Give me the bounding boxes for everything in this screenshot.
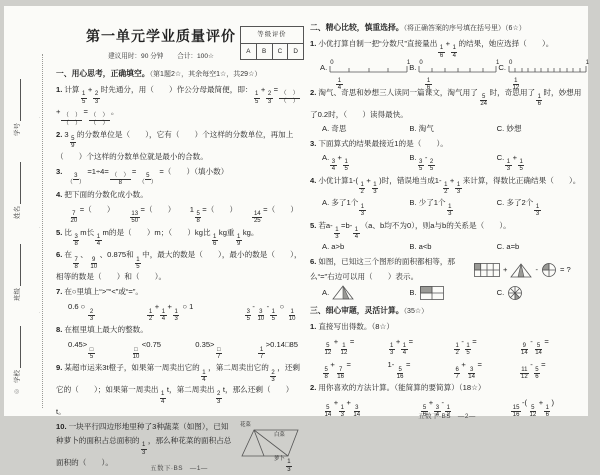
circle-quarters-figure	[541, 262, 557, 278]
expression: 1425=（ ）	[251, 203, 298, 225]
question-text: 若a-13=b-14（a、b均不为0），则a与b的关系是（ ）。	[318, 221, 510, 230]
choice-question-4: 4.小优计算1-(12+13)时，错误地当成1-12+13来计算，得数比正确结果…	[310, 174, 584, 218]
expression: □10<0.75	[130, 338, 161, 360]
section-2-note: （将正确答案的序号填在括号里）（6☆）	[404, 25, 526, 32]
expression: 58+716=	[322, 358, 388, 380]
option-triangle-figure	[332, 285, 354, 300]
option-b-rectangle: B.	[409, 286, 496, 300]
options-row: A. 多了1个13 B. 少了1个13 C. 多了2个13	[310, 196, 584, 218]
question-1: 1.计算15+23时先通分，用（ ）作公分母最简便，即：15+23=（ ）（ ）…	[56, 83, 302, 127]
question-number: 4.	[310, 176, 316, 185]
question-note: （能简算的要简算）（18☆）	[394, 383, 485, 392]
expression: 158=（ ）	[190, 203, 237, 225]
option-a: A. 多了1个13	[322, 196, 409, 218]
options-row: A. 奇思 B. 淘气 C. 妙想	[310, 122, 584, 136]
ruler-option-b: B. 0 1 16	[409, 61, 498, 83]
paper-subtitle: 建议用时：90 分钟 合计：100☆	[66, 51, 256, 63]
question-text: 比38m长14m的是（ ）m；（ ）kg比16kg重19kg。	[64, 228, 258, 237]
ruler-option-c: C. 0 1 112	[498, 61, 588, 83]
section-3-heading: 三、细心审题，灵活计算。（35☆）	[310, 304, 584, 319]
ruler-option-a: A. 0 1 14	[320, 61, 409, 83]
question-number: 6.	[56, 250, 62, 259]
question-text: 淘气、奇思和妙想三人读同一篇课文，淘气用了524时，奇思用了16时，妙想用了0.…	[310, 88, 581, 119]
section-1-title: 一、用心思考，正确填空。	[56, 69, 150, 78]
question-8: 8.在框里填上最大的整数。 0.45>□5 □10<0.75 0.35>□7 1…	[56, 323, 302, 360]
expression: 0.45>□5	[68, 338, 96, 360]
question-text: 359的分数单位是（ ），它有（ ）个这样的分数单位，再加上（ ）个这样的分数单…	[56, 130, 293, 161]
question-number: 2.	[310, 88, 316, 97]
expression: 12-15=	[453, 335, 519, 357]
expression: 0.6 ○ 23	[68, 300, 96, 322]
minus-sign: -	[535, 263, 538, 277]
margin-label-text: 学号	[12, 123, 21, 136]
fraction-ruler-twelfths: 0 1 112	[508, 61, 588, 83]
option-letter: B.	[409, 61, 416, 75]
question-text: 3（ ）=1÷4=（ ）8=5（ ）=（ ）（填小数）	[64, 167, 228, 176]
question-text: 用你喜欢的方法计算。	[318, 383, 394, 392]
expression: 720=（ ）	[68, 203, 115, 225]
expression: 914-514=	[519, 335, 585, 357]
option-letter: A.	[320, 61, 327, 75]
options-row: A.34+15 B.35-25 C.13+15	[310, 151, 584, 173]
choice-question-1: 1.小优打算自制一把“分数尺”直接量出16+14的结果，她应选择（ ）。 A. …	[310, 37, 584, 85]
ruler-options-row: A. 0 1 14 B. 0 1 16	[310, 59, 584, 85]
question-5: 5.比38m长14m的是（ ）m；（ ）kg比16kg重19kg。	[56, 226, 302, 248]
option-circle-figure	[507, 285, 523, 301]
option-c: C. 多了2个13	[497, 196, 584, 218]
question-number: 1.	[310, 39, 316, 48]
exam-paper: 学号 姓名 班级 学校 · · · ◎ 等级评价 A B C D 第一单元学业质…	[4, 6, 588, 416]
seal-mark: ·	[39, 226, 40, 230]
expression: 35-310-15 ○ 110	[244, 300, 298, 322]
section-1-heading: 一、用心思考，正确填空。（第1题2☆，其余每空1☆，共29☆）	[56, 67, 302, 82]
section-2-heading: 二、精心比较，慎重选择。（将正确答案的序号填在括号里）（6☆）	[310, 21, 584, 36]
question-text: 小优计算1-(12+13)时，错误地当成1-12+13来计算，得数比正确结果（ …	[318, 176, 580, 185]
option-rectangle-figure	[420, 286, 444, 300]
write-line	[13, 79, 21, 121]
equal-area-figure-row: + - = ?	[474, 257, 584, 282]
expression: 512+112=	[322, 335, 388, 357]
direct-calc-grid: 512+112= 13+14= 12-15= 914-514= 58+716= …	[310, 335, 584, 381]
ruler-fraction-label: 16	[424, 70, 432, 92]
option-letter: C.	[497, 286, 505, 300]
options-row: A. a>b B. a<b C. a=b	[310, 240, 584, 254]
question-text: 把下面的分数化成小数。	[64, 190, 148, 199]
question-number: 2.	[56, 130, 62, 139]
question-text: 下面算式的结果最接近1的是（ ）。	[318, 139, 448, 148]
grade-cell-b: B	[256, 44, 272, 60]
suggested-time: 建议用时：90 分钟	[108, 53, 163, 60]
question-number: 4.	[56, 190, 62, 199]
margin-label-school: 学校	[11, 313, 21, 383]
question-text: 直接写出得数。	[318, 322, 371, 331]
equals-question: = ?	[560, 263, 571, 277]
option-a-triangle: A.	[322, 285, 409, 300]
question-number: 8.	[56, 325, 62, 334]
page-2-footer: 五数下·BS —2—	[310, 411, 584, 423]
expression: 0.35>□7	[195, 338, 223, 360]
compare-row: 0.6 ○ 23 12+14+13 ○ 1 35-310-15 ○ 110	[56, 300, 302, 322]
option-c: C. 妙想	[497, 122, 584, 136]
question-number: 2.	[310, 383, 316, 392]
section-2-title: 二、精心比较，慎重选择。	[310, 23, 404, 32]
choice-question-5: 5.若a-13=b-14（a、b均不为0），则a与b的关系是（ ）。 A. a>…	[310, 219, 584, 255]
option-c: C.13+15	[497, 151, 584, 173]
question-number: 7.	[56, 287, 62, 296]
question-2: 2.359的分数单位是（ ），它有（ ）个这样的分数单位，再加上（ ）个这样的分…	[56, 128, 302, 164]
seal-dotted-line	[42, 54, 43, 408]
question-number: 3.	[56, 167, 62, 176]
calc-question-1: 1.直接写出得数。（8☆） 512+112= 13+14= 12-15= 914…	[310, 320, 584, 381]
grade-cell-c: C	[272, 44, 288, 60]
option-letter: C.	[498, 61, 506, 75]
expression: 13+14=	[388, 335, 454, 357]
question-number: 9.	[56, 363, 62, 372]
question-text: 在框里填上最大的整数。	[64, 325, 148, 334]
question-text: 在○里填上“>”“<”或“=”。	[64, 287, 143, 296]
expression: 1-516=	[388, 358, 454, 380]
expression: 1112-56=	[519, 358, 585, 380]
figure-options-row: A. B. C.	[310, 285, 584, 301]
choice-question-6: 6.如图，已知这三个图形的面积都相等，那么“=”右边可以用（ ）表示。 + -	[310, 255, 584, 300]
page-1: 等级评价 A B C D 第一单元学业质量评价 建议用时：90 分钟 合计：10…	[56, 18, 302, 424]
question-4: 4.把下面的分数化成小数。 720=（ ） 1350=（ ） 158=（ ） 1…	[56, 188, 302, 225]
seal-mark: ·	[39, 311, 40, 315]
option-b: B.35-25	[409, 151, 496, 173]
question-number: 1.	[56, 85, 62, 94]
write-line	[13, 162, 21, 204]
option-a: A. a>b	[322, 240, 409, 254]
convert-to-decimal-row: 720=（ ） 1350=（ ） 158=（ ） 1425=（ ）	[56, 203, 302, 225]
question-6: 6.在78、910、0.875和15中，最大的数是（ ），最小的数是（ ），相等…	[56, 248, 302, 284]
option-a: A.34+15	[322, 151, 409, 173]
ruler-fraction-label: 14	[335, 70, 343, 92]
option-b: B. 少了1个13	[409, 196, 496, 218]
option-b: B. 淘气	[409, 122, 496, 136]
question-number: 5.	[310, 221, 316, 230]
expression: 17>0.14□85	[257, 338, 298, 360]
expression: 12+14+13 ○ 1	[146, 300, 193, 322]
question-text: 小优打算自制一把“分数尺”直接量出16+14的结果，她应选择（ ）。	[318, 39, 553, 48]
ruler-fraction-label: 112	[510, 70, 522, 92]
paper-title: 第一单元学业质量评价	[66, 24, 256, 50]
option-b: B. a<b	[409, 240, 496, 254]
choice-question-3: 3.下面算式的结果最接近1的是（ ）。 A.34+15 B.35-25 C.13…	[310, 137, 584, 173]
option-c: C. a=b	[497, 240, 584, 254]
option-letter: A.	[322, 286, 329, 300]
question-number: 3.	[310, 139, 316, 148]
option-a: A. 奇思	[322, 122, 409, 136]
triangle-figure	[510, 263, 532, 278]
plus-sign: +	[503, 263, 507, 277]
question-7: 7.在○里填上“>”“<”或“=”。 0.6 ○ 23 12+14+13 ○ 1…	[56, 285, 302, 322]
question-10: 10.一块平行四边形地里种了3种蔬菜（如图），已知种萝卜的面积占总面积的13，那…	[56, 420, 302, 424]
question-number: 5.	[56, 228, 62, 237]
expression: 67+314=	[453, 358, 519, 380]
grade-box-title: 等级评价	[241, 27, 303, 44]
option-letter: B.	[409, 286, 416, 300]
section-3-note: （35☆）	[404, 308, 429, 315]
expression: 1350=（ ）	[129, 203, 176, 225]
grade-evaluation-box: 等级评价 A B C D	[240, 26, 304, 60]
total-score: 合计：100☆	[177, 53, 214, 60]
fraction-ruler-sixths: 0 1 16	[418, 61, 498, 83]
option-c-circle: C.	[497, 285, 584, 301]
section-1-note: （第1题2☆，其余每空1☆，共29☆）	[150, 71, 262, 78]
margin-label-name: 姓名	[11, 149, 21, 219]
margin-label-student-no: 学号	[11, 66, 21, 136]
grid-rectangle-figure	[474, 263, 500, 277]
margin-label-text: 班级	[12, 288, 21, 301]
page-2: 二、精心比较，慎重选择。（将正确答案的序号填在括号里）（6☆） 1.小优打算自制…	[310, 18, 584, 419]
margin-label-text: 学校	[12, 370, 21, 383]
choice-question-2: 2.淘气、奇思和妙想三人读同一篇课文，淘气用了524时，奇思用了16时，妙想用了…	[310, 86, 584, 136]
question-text: 在78、910、0.875和15中，最大的数是（ ），最小的数是（ ），相等的数…	[56, 250, 302, 281]
grade-cell-a: A	[241, 44, 256, 60]
question-3: 3.3（ ）=1÷4=（ ）8=5（ ）=（ ）（填小数）	[56, 165, 302, 187]
write-line	[13, 326, 21, 368]
question-text: 某超市运来3t橙子，如果第一周卖出它的14，第二周卖出它的23，还剩它的（ ）；…	[56, 363, 300, 416]
seal-mark: ·	[39, 116, 40, 120]
margin-label-class: 班级	[11, 231, 21, 301]
grade-cell-d: D	[287, 44, 303, 60]
fold-mark: ◎	[14, 388, 19, 395]
write-line	[13, 244, 21, 286]
question-text: 计算15+23时先通分，用（ ）作公分母最简便，即：15+23=（ ）（ ）+（…	[56, 85, 301, 116]
question-text: 如图，已知这三个图形的面积都相等，那么“=”右边可以用（ ）表示。	[310, 257, 455, 280]
question-number: 1.	[310, 322, 316, 331]
fraction-ruler-quarters: 0 1 14	[329, 61, 409, 83]
question-note: （8☆）	[372, 322, 394, 331]
section-3-title: 三、细心审题，灵活计算。	[310, 306, 404, 315]
question-number: 6.	[310, 257, 316, 266]
margin-label-text: 姓名	[12, 206, 21, 219]
max-integer-row: 0.45>□5 □10<0.75 0.35>□7 17>0.14□85	[56, 338, 302, 360]
question-9: 9.某超市运来3t橙子，如果第一周卖出它的14，第二周卖出它的23，还剩它的（ …	[56, 361, 302, 419]
